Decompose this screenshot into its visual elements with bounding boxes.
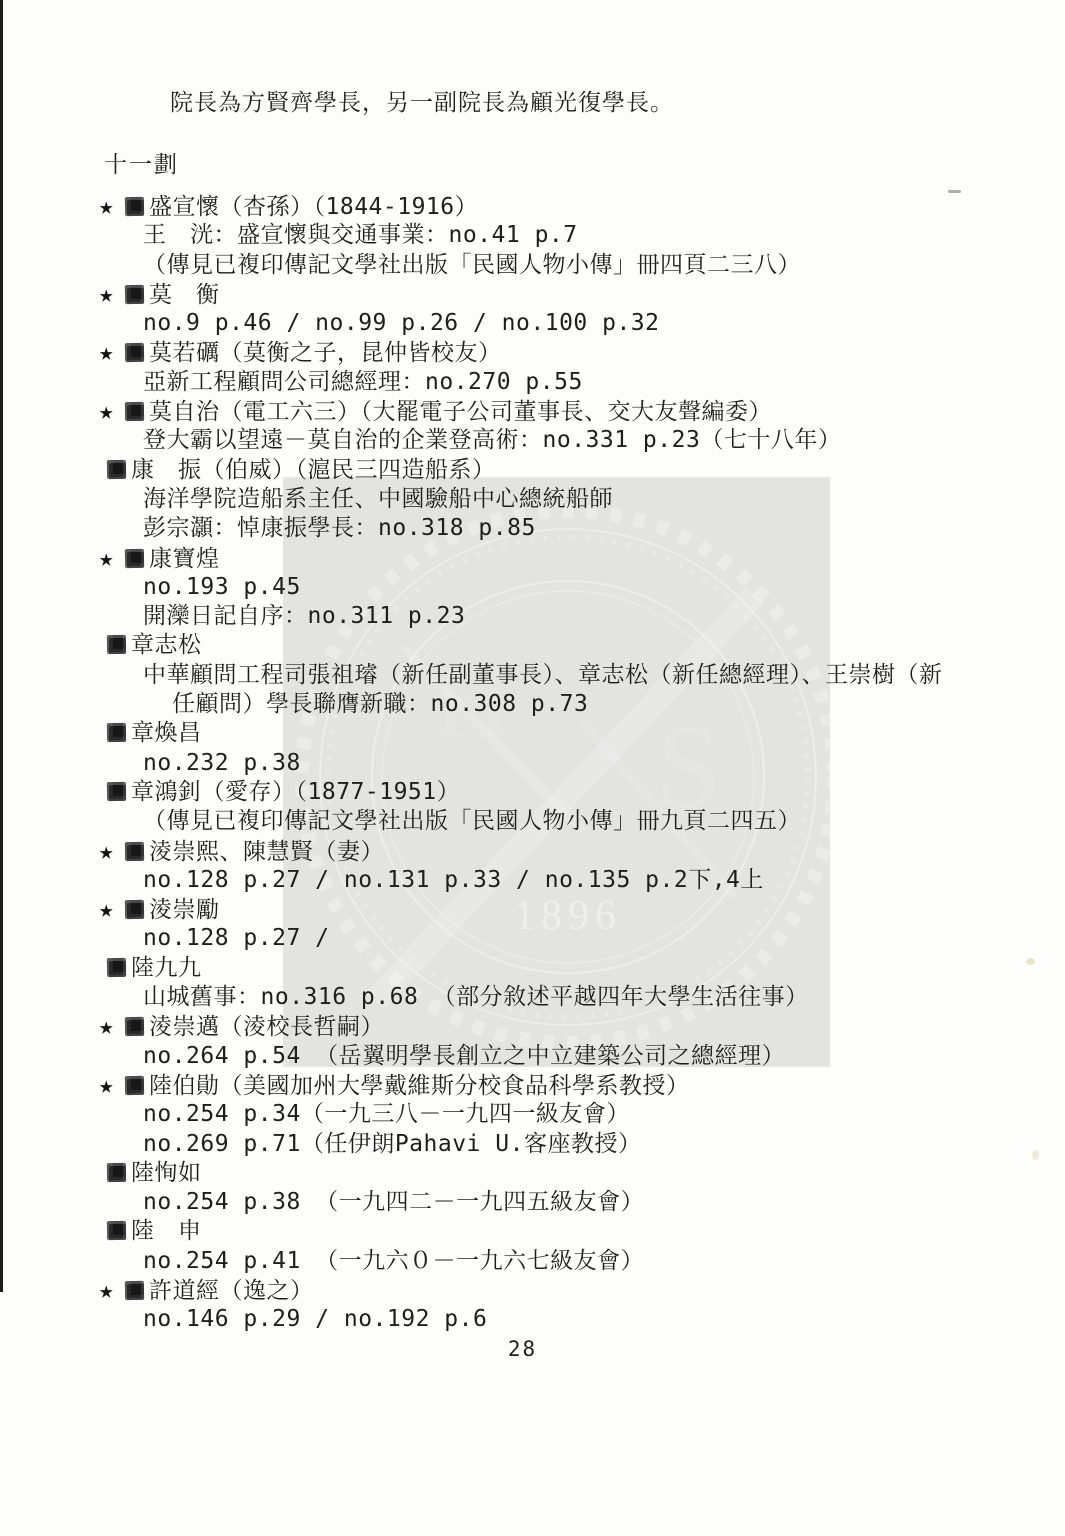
entry-detail: no.254 p.41 （一九六０－一九六七級友會） [0,1247,1065,1276]
index-entry: 陸九九 [0,954,1065,983]
line-text: 章鴻釗（愛存）（1877-1951） [131,779,460,805]
star-icon: ★ [99,544,125,573]
line-text: 淩崇勵 [149,897,220,923]
line-text: no.128 p.27 / [143,925,330,951]
line-text: （傳見已複印傳記文學社出版「民國人物小傳」冊四頁二三八） [143,252,801,278]
index-entry: 章鴻釗（愛存）（1877-1951） [0,778,1065,807]
seal-stamp-icon [125,900,144,919]
index-entry: ★許道經（逸之） [0,1276,1065,1305]
star-icon: ★ [99,192,125,221]
line-text: 山城舊事：no.316 p.68 （部分敘述平越四年大學生活往事） [143,984,809,1010]
entry-detail: 彭宗灝：悼康振學長：no.318 p.85 [0,514,1065,543]
index-entry: ★淩崇勵 [0,895,1065,924]
star-icon: ★ [99,837,125,866]
entry-detail: 山城舊事：no.316 p.68 （部分敘述平越四年大學生活往事） [0,983,1065,1012]
index-entry: ★盛宣懷（杏孫）（1844-1916） [0,192,1065,221]
seal-stamp-icon [107,460,126,479]
line-text: no.146 p.29 / no.192 p.6 [143,1306,487,1332]
line-text: 康 振（伯威）（滬民三四造船系） [131,457,496,483]
line-text: no.9 p.46 / no.99 p.26 / no.100 p.32 [143,310,660,336]
line-text: 莫 衡 [149,282,220,308]
line-text: 彭宗灝：悼康振學長：no.318 p.85 [143,515,536,541]
line-text: no.264 p.54 （岳翼明學長創立之中立建築公司之總經理） [143,1043,785,1069]
line-text: 莫自治（電工六三）（大罷電子公司董事長、交大友聲編委） [149,399,772,425]
line-text: 章志松 [131,632,202,658]
index-entry: 章志松 [0,631,1065,660]
line-text: 開灤日記自序：no.311 p.23 [143,603,465,629]
seal-stamp-icon [125,1076,144,1095]
line-text: 盛宣懷（杏孫）（1844-1916） [149,194,478,220]
star-icon: ★ [99,1071,125,1100]
entry-detail: no.128 p.27 / no.131 p.33 / no.135 p.2下,… [0,866,1065,895]
entry-detail: no.232 p.38 [0,749,1065,778]
seal-stamp-icon [125,841,144,860]
index-entry: ★淩崇熙、陳慧賢（妻） [0,837,1065,866]
star-icon: ★ [99,338,125,367]
index-entry: 康 振（伯威）（滬民三四造船系） [0,456,1065,485]
entry-detail: no.9 p.46 / no.99 p.26 / no.100 p.32 [0,309,1065,338]
line-text: 陸恂如 [131,1160,202,1186]
line-text: （傳見已複印傳記文學社出版「民國人物小傳」冊九頁二四五） [143,808,801,834]
seal-stamp-icon [125,285,144,304]
line-text: 許道經（逸之） [149,1278,314,1304]
line-text: 淩崇熙、陳慧賢（妻） [149,839,384,865]
index-entry: ★莫 衡 [0,280,1065,309]
entry-detail: 王 洸：盛宣懷與交通事業：no.41 p.7 [0,221,1065,250]
stroke-count-section-heading: 十一劃 [104,146,179,179]
entry-detail: no.193 p.45 [0,573,1065,602]
line-text: 陸九九 [131,955,202,981]
entry-detail: 登大霸以望遠－莫自治的企業登高術：no.331 p.23（七十八年） [0,426,1065,455]
index-entry: ★淩崇邁（淩校長哲嗣） [0,1012,1065,1041]
index-entry: ★莫自治（電工六三）（大罷電子公司董事長、交大友聲編委） [0,397,1065,426]
entry-detail: （傳見已複印傳記文學社出版「民國人物小傳」冊四頁二三八） [0,251,1065,280]
seal-stamp-icon [125,402,144,421]
line-text: 章煥昌 [131,720,202,746]
scan-edge-line [0,0,3,1292]
line-text: no.232 p.38 [143,750,301,776]
seal-stamp-icon [107,782,126,801]
entry-detail: 中華顧問工程司張祖璿（新任副董事長）、章志松（新任總經理）、王崇樹（新 [0,661,1065,690]
entry-detail: no.254 p.38 （一九四二－一九四五級友會） [0,1188,1065,1217]
line-text: 王 洸：盛宣懷與交通事業：no.41 p.7 [143,222,578,248]
star-icon: ★ [99,895,125,924]
line-text: 任顧問）學長聯膺新職：no.308 p.73 [172,691,588,717]
entry-detail: no.264 p.54 （岳翼明學長創立之中立建築公司之總經理） [0,1042,1065,1071]
line-text: 登大霸以望遠－莫自治的企業登高術：no.331 p.23（七十八年） [143,427,841,453]
line-text: no.128 p.27 / no.131 p.33 / no.135 p.2下,… [143,867,764,893]
line-text: no.254 p.38 （一九四二－一九四五級友會） [143,1189,644,1215]
entry-detail: 開灤日記自序：no.311 p.23 [0,602,1065,631]
seal-stamp-icon [107,635,126,654]
index-entry: ★莫若礪（莫衡之子，昆仲皆校友） [0,338,1065,367]
line-text: 莫若礪（莫衡之子，昆仲皆校友） [149,340,502,366]
intro-paragraph-line: 院長為方賢齊學長，另一副院長為顧光復學長。 [170,84,674,117]
seal-stamp-icon [125,1017,144,1036]
line-text: no.254 p.34（一九三八－一九四一級友會） [143,1101,630,1127]
entry-detail: no.269 p.71（任伊朗Pahavi U.客座教授） [0,1130,1065,1159]
line-text: 陸伯勛（美國加州大學戴維斯分校食品科學系教授） [149,1073,690,1099]
seal-stamp-icon [107,723,126,742]
index-entry: ★康寶煌 [0,544,1065,573]
line-text: 淩崇邁（淩校長哲嗣） [149,1014,384,1040]
seal-stamp-icon [125,343,144,362]
entry-detail: no.128 p.27 / [0,924,1065,953]
index-entry: ★陸伯勛（美國加州大學戴維斯分校食品科學系教授） [0,1071,1065,1100]
line-text: 亞新工程顧問公司總經理：no.270 p.55 [143,369,583,395]
line-text: no.269 p.71（任伊朗Pahavi U.客座教授） [143,1131,641,1157]
seal-stamp-icon [125,548,144,567]
index-entry: 章煥昌 [0,719,1065,748]
page-number: 28 [0,1337,1045,1361]
star-icon: ★ [99,280,125,309]
seal-stamp-icon [125,1281,144,1300]
entry-detail: 任顧問）學長聯膺新職：no.308 p.73 [0,690,1065,719]
entry-detail: 海洋學院造船系主任、中國驗船中心總統船師 [0,485,1065,514]
star-icon: ★ [99,1012,125,1041]
seal-stamp-icon [125,197,144,216]
entry-detail: （傳見已複印傳記文學社出版「民國人物小傳」冊九頁二四五） [0,807,1065,836]
index-entry: 陸恂如 [0,1159,1065,1188]
star-icon: ★ [99,1276,125,1305]
seal-stamp-icon [107,1163,126,1182]
line-text: 康寶煌 [149,546,220,572]
seal-stamp-icon [107,1221,126,1240]
line-text: no.193 p.45 [143,574,301,600]
scanned-page: 院長為方賢齊學長，另一副院長為顧光復學長。 十一劃 ★盛宣懷（杏孫）（1844-… [0,0,1065,1536]
entry-detail: no.146 p.29 / no.192 p.6 [0,1305,1065,1334]
line-text: 陸 申 [131,1218,202,1244]
star-icon: ★ [99,397,125,426]
entry-detail: 亞新工程顧問公司總經理：no.270 p.55 [0,368,1065,397]
entry-lines: ★盛宣懷（杏孫）（1844-1916）王 洸：盛宣懷與交通事業：no.41 p.… [0,192,1065,1335]
line-text: no.254 p.41 （一九六０－一九六七級友會） [143,1248,644,1274]
index-entry: 陸 申 [0,1217,1065,1246]
seal-stamp-icon [107,958,126,977]
entry-detail: no.254 p.34（一九三八－一九四一級友會） [0,1100,1065,1129]
line-text: 中華顧問工程司張祖璿（新任副董事長）、章志松（新任總經理）、王崇樹（新 [143,662,943,688]
line-text: 海洋學院造船系主任、中國驗船中心總統船師 [143,486,613,512]
